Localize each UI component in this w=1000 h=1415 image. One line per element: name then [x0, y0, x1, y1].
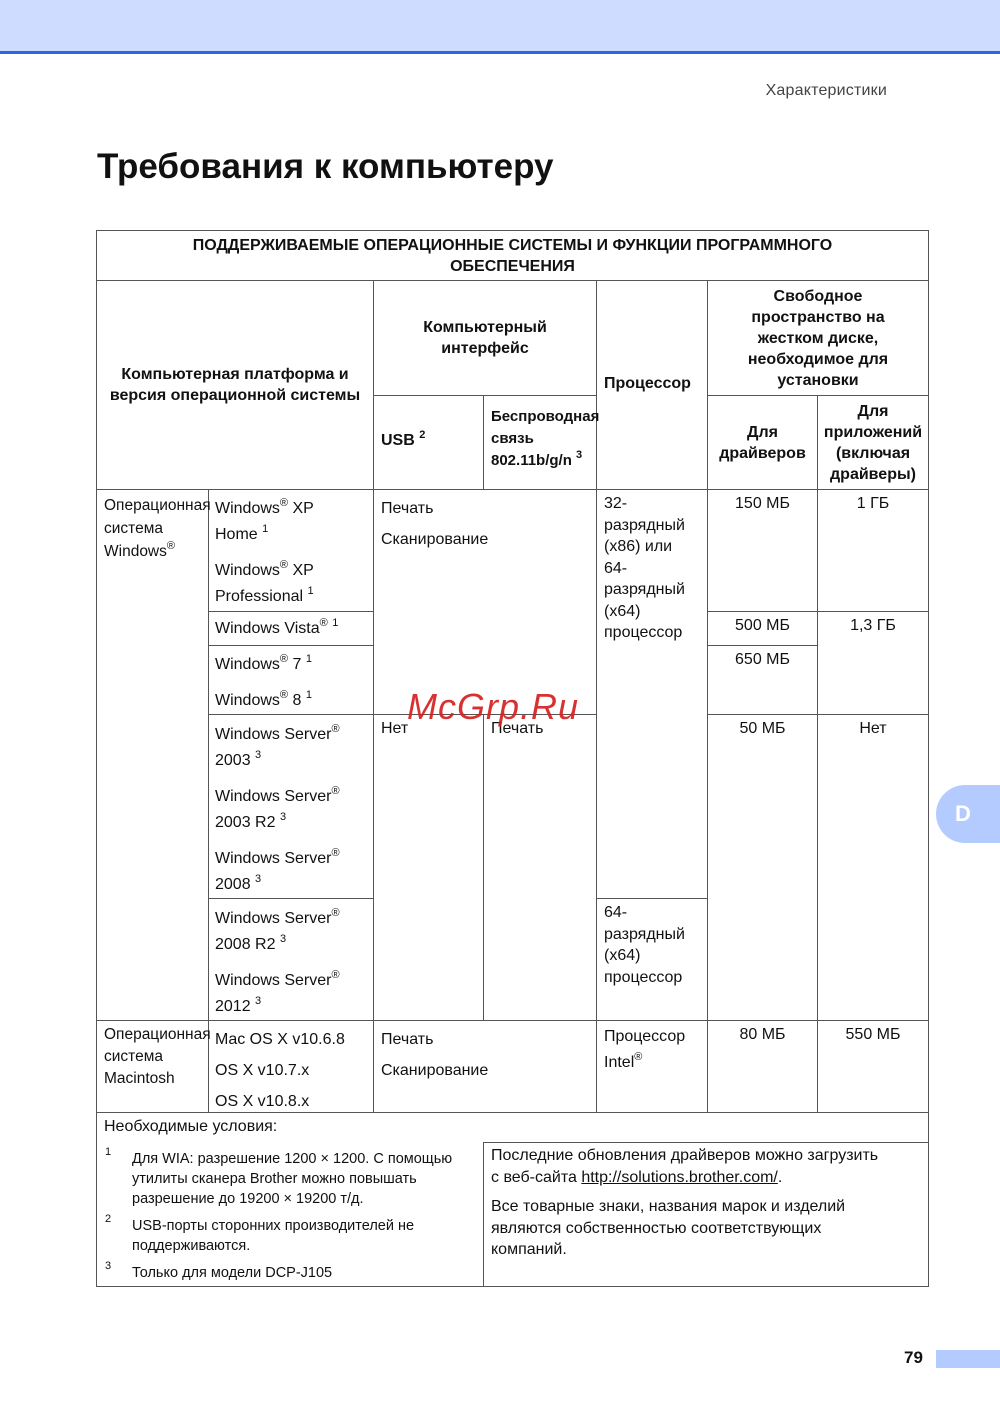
- header-drivers: Для драйверов: [708, 396, 817, 489]
- footnote-3: Только для модели DCP-J105: [132, 1263, 332, 1283]
- header-processor: Процессор: [604, 373, 691, 394]
- windows-processor-desktop: 32- разрядный (x86) или 64- разрядный (x…: [604, 493, 685, 644]
- mac-versions: Mac OS X v10.6.8 OS X v10.7.x OS X v10.8…: [215, 1024, 345, 1117]
- header-disk-space: Свободное пространство на жестком диске,…: [718, 283, 918, 393]
- windows-desktop-interface: Печать Сканирование: [381, 493, 488, 555]
- header-interface: Компьютерный интерфейс: [400, 300, 570, 376]
- header-wireless: Беспроводная связь 802.11b/g/n 3: [491, 406, 599, 472]
- updates-note: Последние обновления драйверов можно заг…: [491, 1145, 878, 1188]
- watermark: McGrp.Ru: [407, 686, 579, 728]
- vista-drivers-space: 500 МБ: [708, 615, 817, 636]
- caption-line: ПОДДЕРЖИВАЕМЫЕ ОПЕРАЦИОННЫЕ СИСТЕМЫ И ФУ…: [193, 235, 832, 256]
- os-windows-xp: Windows® XP Home 1 Windows® XP Professio…: [215, 496, 314, 610]
- server-drivers-space: 50 МБ: [708, 718, 817, 739]
- os-windows-vista: Windows Vista® 1: [215, 618, 338, 639]
- header-apps: Для приложений (включая драйверы): [818, 396, 928, 489]
- vista-7-8-apps-space: 1,3 ГБ: [818, 615, 928, 636]
- os-windows-server-2003-2008: Windows Server® 2003 3 Windows Server® 2…: [215, 722, 340, 898]
- table-caption: ПОДДЕРЖИВАЕМЫЕ ОПЕРАЦИОННЫЕ СИСТЕМЫ И ФУ…: [96, 231, 929, 280]
- footnote-2: USB-порты сторонних производителей не по…: [132, 1216, 414, 1256]
- windows-group-label: Операционная система Windows®: [104, 494, 211, 563]
- mac-apps-space: 550 МБ: [818, 1024, 928, 1045]
- page-number-bar: [936, 1350, 1000, 1368]
- mac-group-label: Операционная система Macintosh: [104, 1024, 211, 1090]
- server-apps-space: Нет: [818, 718, 928, 739]
- page-number: 79: [904, 1348, 923, 1368]
- trademarks-note: Все товарные знаки, названия марок и изд…: [491, 1196, 845, 1261]
- mac-interface: Печать Сканирование: [381, 1024, 488, 1086]
- chapter-tab-d[interactable]: D: [936, 785, 1000, 843]
- header-usb: USB 2: [381, 430, 425, 451]
- mac-drivers-space: 80 МБ: [708, 1024, 817, 1045]
- mac-processor: Процессор Intel®: [604, 1024, 685, 1076]
- win78-drivers-space: 650 МБ: [708, 649, 817, 670]
- header-platform: Компьютерная платформа и версия операцио…: [104, 281, 366, 489]
- windows-processor-server64: 64- разрядный (x64) процессор: [604, 902, 685, 988]
- footnote-2-number: 2: [105, 1213, 111, 1225]
- footnote-1: Для WIA: разрешение 1200 × 1200. С помощ…: [132, 1149, 452, 1209]
- conditions-title: Необходимые условия:: [104, 1116, 277, 1137]
- solutions-link[interactable]: http://solutions.brother.com/: [581, 1169, 778, 1186]
- windows-server-usb: Нет: [381, 718, 408, 739]
- xp-drivers-space: 150 МБ: [708, 493, 817, 514]
- footnote-3-number: 3: [105, 1260, 111, 1272]
- os-windows-server-2008r2-2012: Windows Server® 2008 R2 3 Windows Server…: [215, 906, 340, 1020]
- os-windows-7-8: Windows® 7 1 Windows® 8 1: [215, 652, 312, 714]
- footnote-1-number: 1: [105, 1146, 111, 1158]
- caption-line: ОБЕСПЕЧЕНИЯ: [450, 256, 575, 277]
- xp-apps-space: 1 ГБ: [818, 493, 928, 514]
